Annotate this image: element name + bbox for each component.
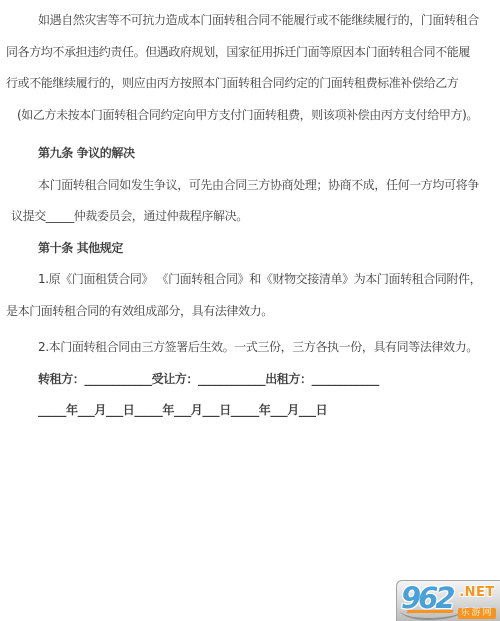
- paragraph-line: 行或不能继续履行的，则应由丙方按照本门面转租合同约定的门面转租费标准补偿给乙方: [0, 76, 500, 108]
- contract-document-page: 如遇自然灾害等不可抗力造成本门面转租合同不能履行或不能继续履行的，门面转租合 同…: [0, 0, 500, 621]
- signature-date-line: _____年___月___日_____年___月___日_____年___月__…: [0, 403, 500, 435]
- paragraph-line: 1.原《门面租赁合同》 《门面转租合同》和《财物交接清单》为本门面转租合同附件，: [0, 272, 500, 304]
- paragraph-line: 是本门面转租合同的有效组成部分，具有法律效力。: [0, 304, 500, 336]
- logo-number: 962: [401, 584, 453, 613]
- paragraph-line: 如遇自然灾害等不可抗力造成本门面转租合同不能履行或不能继续履行的，门面转租合: [0, 13, 500, 45]
- signature-parties-line: 转租方：____________受让方：____________出租方：____…: [0, 372, 500, 404]
- contract-text-block: 如遇自然灾害等不可抗力造成本门面转租合同不能履行或不能继续履行的，门面转租合 同…: [0, 13, 500, 435]
- logo-right-column: .NET 乐游网: [454, 586, 500, 619]
- paragraph-line-with-blank: 议提交_____仲裁委员会，通过仲裁程序解决。: [0, 209, 500, 241]
- paragraph-line: (如乙方未按本门面转租合同约定向甲方支付门面转租费，则该项补偿由丙方支付给甲方)…: [0, 108, 500, 140]
- logo-site-name: 乐游网: [458, 608, 495, 619]
- logo-tld: .NET: [454, 586, 500, 600]
- paragraph-line: 同各方均不承担违约责任。但遇政府规划，国家征用拆迁门面等原因本门面转租合同不能履: [0, 45, 500, 77]
- paragraph-line: 本门面转租合同如发生争议，可先由合同三方协商处理；协商不成，任何一方均可将争: [0, 178, 500, 210]
- section-heading-article-10: 第十条 其他规定: [0, 241, 500, 273]
- paragraph-line: 2.本门面转租合同由三方签署后生效。一式三份，三方各执一份，具有同等法律效力。: [0, 340, 500, 372]
- section-heading-article-9: 第九条 争议的解决: [0, 146, 500, 178]
- 962net-watermark-logo: 962 .NET 乐游网: [396, 580, 500, 621]
